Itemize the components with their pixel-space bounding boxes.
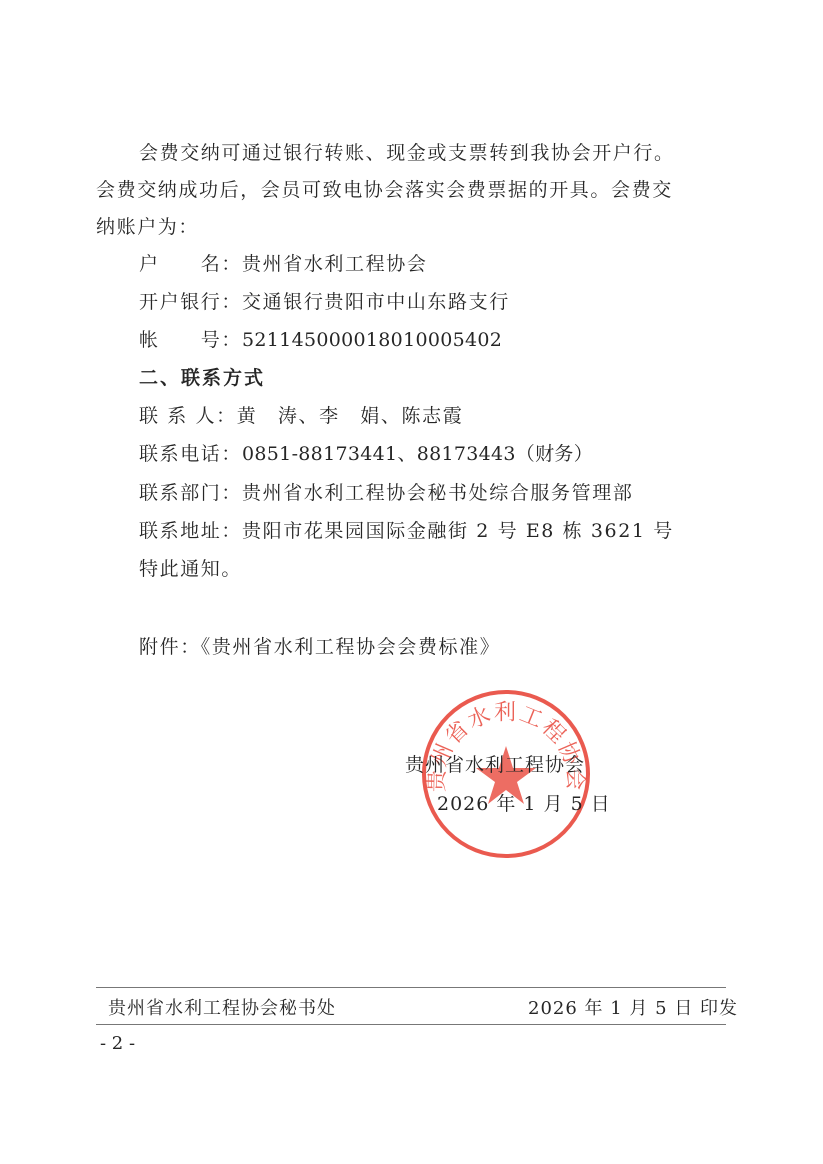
contact-dept-label: 联系部门：	[139, 481, 242, 505]
account-bank-label: 开户银行：	[139, 290, 242, 314]
attachment-line: 附件：《贵州省水利工程协会会费标准》	[139, 635, 500, 659]
account-name-row: 户 名：贵州省水利工程协会	[139, 252, 427, 276]
signature-organization: 贵州省水利工程协会	[405, 753, 585, 777]
paragraph-line-1: 会费交纳可通过银行转账、现金或支票转到我协会开户行。	[139, 141, 675, 165]
section-heading-contact: 二、联系方式	[139, 366, 265, 390]
account-bank-value: 交通银行贵阳市中山东路支行	[242, 291, 510, 313]
footer-bottom-rule	[96, 1024, 726, 1025]
account-bank-row: 开户银行：交通银行贵阳市中山东路支行	[139, 290, 510, 314]
footer-issuer: 贵州省水利工程协会秘书处	[108, 998, 336, 1020]
page-number: - 2 -	[100, 1033, 135, 1055]
contact-phone-value: 0851-88173441、88173443（财务）	[242, 443, 593, 465]
paragraph-line-3: 纳账户为：	[96, 215, 199, 239]
contact-dept-value: 贵州省水利工程协会秘书处综合服务管理部	[242, 482, 633, 504]
contact-address-row: 联系地址：贵阳市花果园国际金融街 2 号 E8 栋 3621 号	[139, 519, 674, 543]
contact-dept-row: 联系部门：贵州省水利工程协会秘书处综合服务管理部	[139, 481, 633, 505]
closing-text: 特此通知。	[139, 557, 242, 581]
signature-date: 2026 年 1 月 5 日	[437, 792, 611, 816]
account-name-label: 户 名：	[139, 252, 242, 276]
contact-phone-row: 联系电话：0851-88173441、88173443（财务）	[139, 442, 593, 466]
footer-top-rule	[96, 987, 726, 988]
contact-person-row: 联 系 人：黄 涛、李 娟、陈志霞	[139, 404, 463, 428]
account-number-value: 521145000018010005402	[242, 329, 502, 351]
contact-person-value: 黄 涛、李 娟、陈志霞	[237, 405, 464, 427]
account-name-value: 贵州省水利工程协会	[242, 253, 427, 275]
account-number-row: 帐 号：521145000018010005402	[139, 328, 502, 352]
contact-phone-label: 联系电话：	[139, 442, 242, 466]
contact-address-label: 联系地址：	[139, 519, 242, 543]
contact-person-label: 联 系 人：	[139, 404, 237, 428]
footer-issue-date: 2026 年 1 月 5 日 印发	[528, 998, 738, 1020]
account-number-label: 帐 号：	[139, 328, 242, 352]
contact-address-value: 贵阳市花果园国际金融街 2 号 E8 栋 3621 号	[242, 520, 674, 542]
paragraph-line-2: 会费交纳成功后，会员可致电协会落实会费票据的开具。会费交	[96, 178, 673, 202]
